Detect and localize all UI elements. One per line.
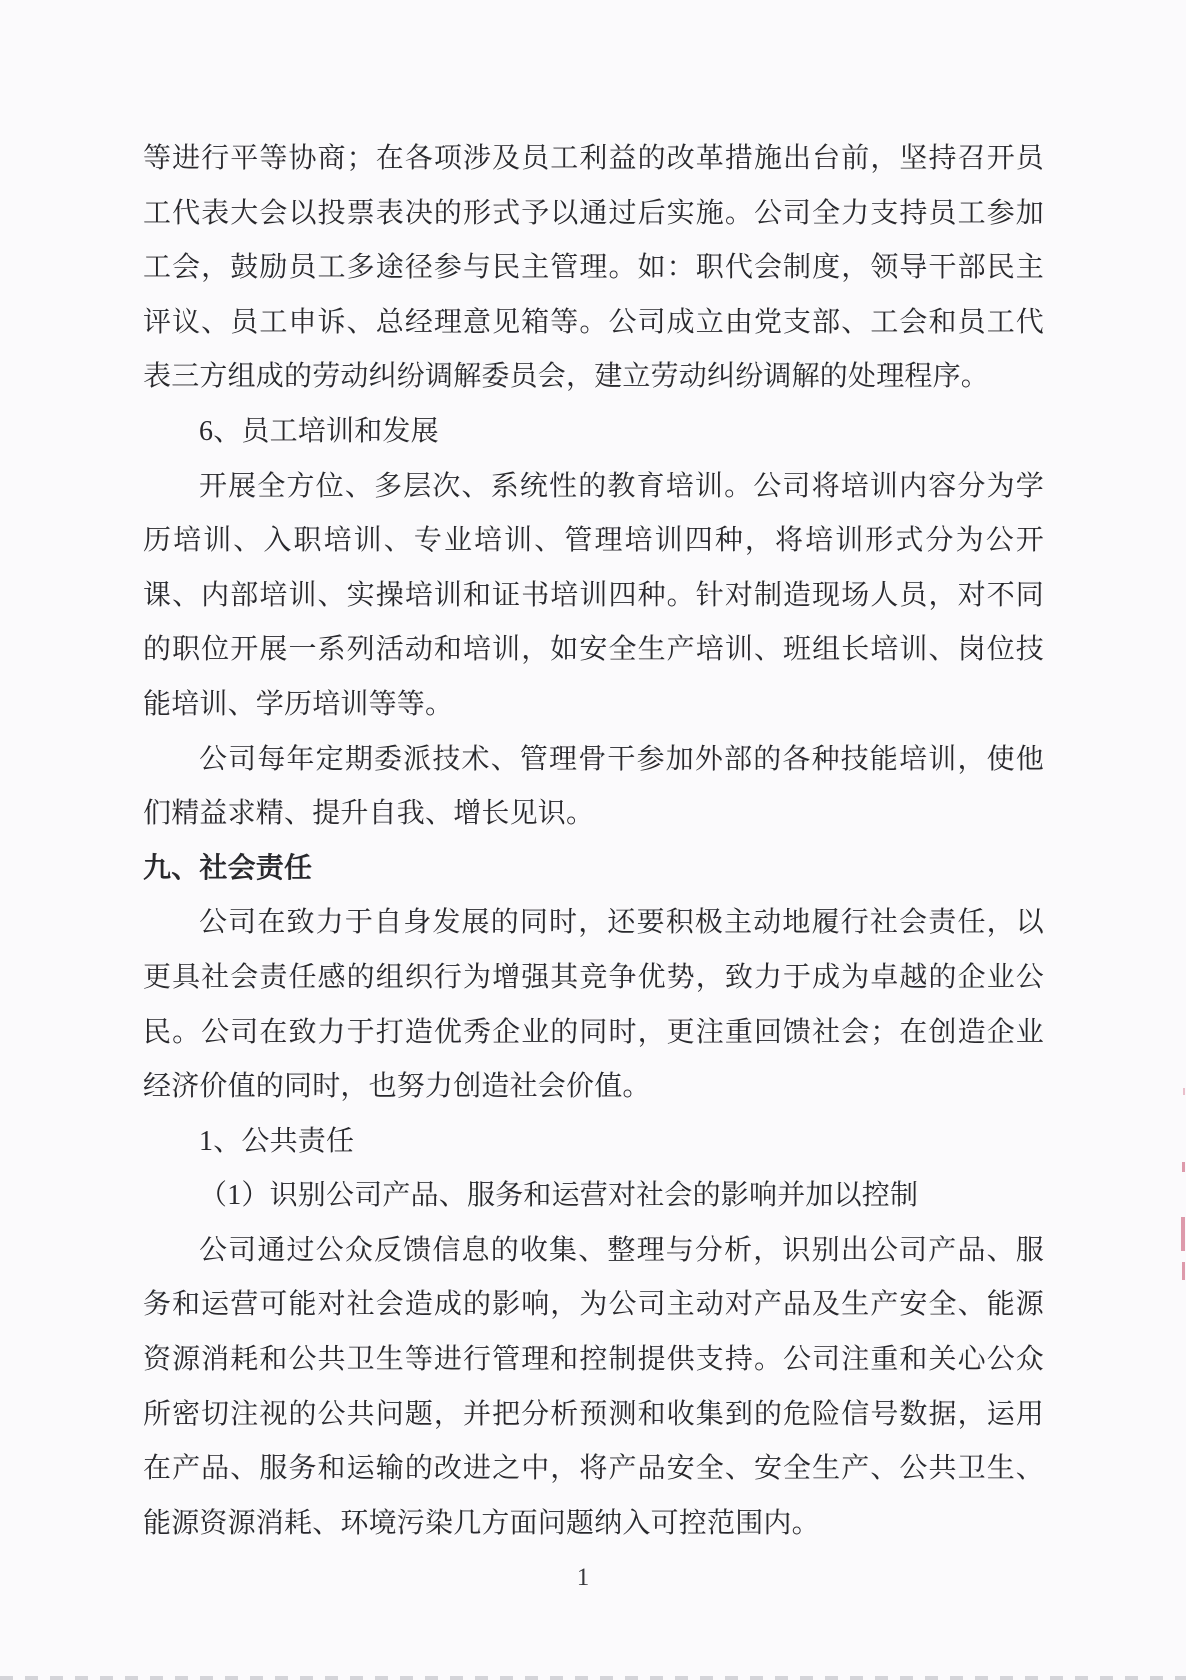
scan-artifact-red-mark <box>1182 1162 1185 1172</box>
subsection-heading-public-responsibility: 1、公共责任 <box>143 1115 1044 1170</box>
document-text: 等进行平等协商；在各项涉及员工利益的改革措施出台前，坚持召开员工代表大会以投票表… <box>143 132 1044 1551</box>
scan-artifact-red-mark <box>1183 1088 1185 1095</box>
scan-artifact-red-mark <box>1181 1217 1185 1251</box>
page-number: 1 <box>0 1564 1166 1592</box>
paragraph-public-feedback: 公司通过公众反馈信息的收集、整理与分析，识别出公司产品、服务和运营可能对社会造成… <box>143 1224 1044 1552</box>
scan-artifact-bottom-edge <box>0 1676 1186 1680</box>
paragraph-social-responsibility-intro: 公司在致力于自身发展的同时，还要积极主动地履行社会责任，以更具社会责任感的组织行… <box>143 896 1044 1114</box>
subsection-item-identify-impact: （1）识别公司产品、服务和运营对社会的影响并加以控制 <box>143 1169 1044 1224</box>
subsection-heading-employee-training: 6、员工培训和发展 <box>143 405 1044 460</box>
paragraph-continuation: 等进行平等协商；在各项涉及员工利益的改革措施出台前，坚持召开员工代表大会以投票表… <box>143 132 1044 405</box>
section-heading-social-responsibility: 九、社会责任 <box>143 842 1044 897</box>
scan-artifact-red-mark <box>1182 1262 1185 1280</box>
document-page: 等进行平等协商；在各项涉及员工利益的改革措施出台前，坚持召开员工代表大会以投票表… <box>0 0 1186 1680</box>
paragraph-external-training: 公司每年定期委派技术、管理骨干参加外部的各种技能培训，使他们精益求精、提升自我、… <box>143 733 1044 842</box>
paragraph-training-content: 开展全方位、多层次、系统性的教育培训。公司将培训内容分为学历培训、入职培训、专业… <box>143 460 1044 733</box>
